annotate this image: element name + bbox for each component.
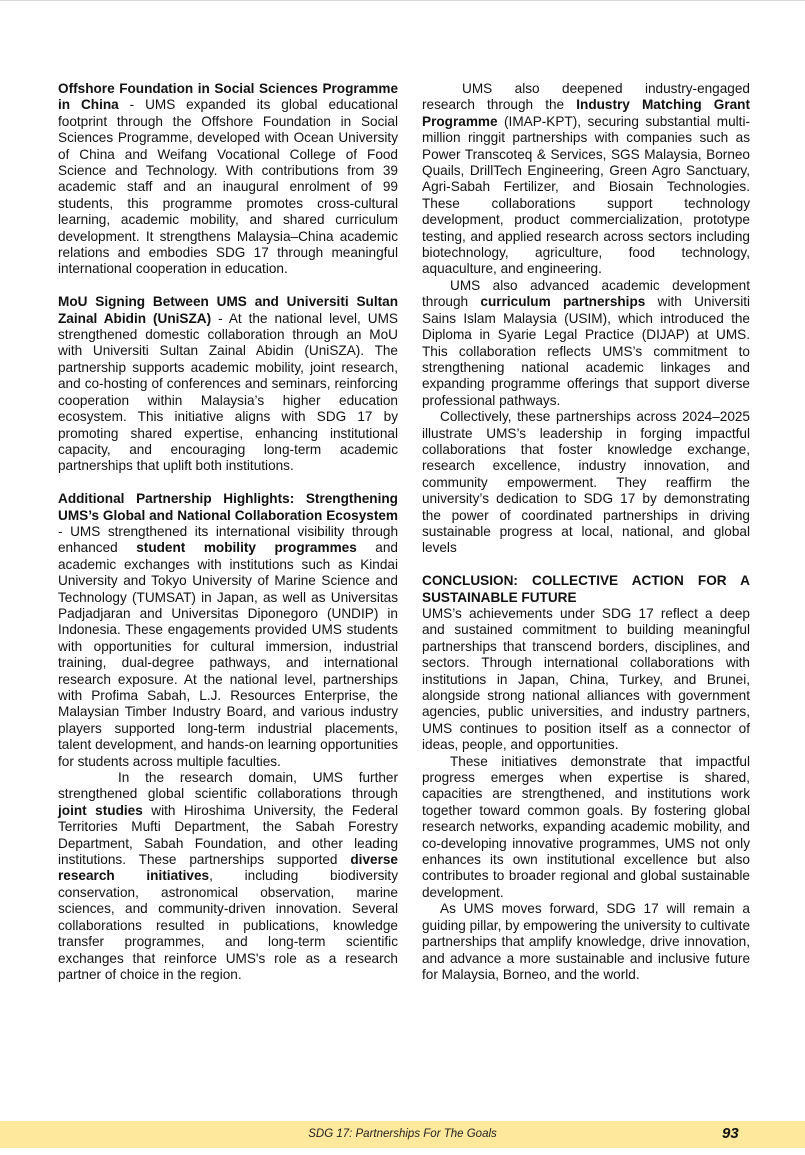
top-rule [0,0,805,1]
additional-title: Additional Partnership Highlights: Stren… [58,491,398,522]
offshore-body: - UMS expanded its global educational fo… [58,97,398,276]
collectively-paragraph: Collectively, these partnerships across … [422,409,750,557]
industry-paragraph: UMS also deepened industry-engaged resea… [422,81,750,278]
offshore-paragraph: Offshore Foundation in Social Sciences P… [58,81,398,278]
research-bold-1: joint studies [58,803,143,818]
curriculum-body-2: with Universiti Sains Islam Malaysia (US… [422,294,750,407]
curriculum-bold-1: curriculum partnerships [480,294,645,309]
conclusion-heading: CONCLUSION: COLLECTIVE ACTION FOR A SUST… [422,573,750,606]
conclusion-paragraph-1: UMS’s achievements under SDG 17 reflect … [422,606,750,754]
additional-body-2: and academic exchanges with institutions… [58,540,398,768]
curriculum-paragraph: UMS also advanced academic development t… [422,278,750,409]
left-column: Offshore Foundation in Social Sciences P… [58,81,398,983]
conclusion-paragraph-3: As UMS moves forward, SDG 17 will remain… [422,901,750,983]
research-body-1: In the research domain, UMS further stre… [58,770,398,801]
additional-paragraph: Additional Partnership Highlights: Stren… [58,491,398,770]
research-body-3: , including biodiversity conservation, a… [58,868,398,981]
page-number: 93 [722,1125,739,1142]
industry-body-2: (IMAP-KPT), securing substantial multi-m… [422,114,750,277]
right-column: UMS also deepened industry-engaged resea… [422,81,750,983]
mou-paragraph: MoU Signing Between UMS and Universiti S… [58,294,398,474]
footer-title: SDG 17: Partnerships For The Goals [0,1128,805,1140]
mou-body: - At the national level, UMS strengthene… [58,311,398,474]
footer-band: SDG 17: Partnerships For The Goals 93 [0,1121,805,1148]
research-paragraph: In the research domain, UMS further stre… [58,770,398,983]
conclusion-paragraph-2: These initiatives demonstrate that impac… [422,754,750,902]
additional-bold-1: student mobility programmes [136,540,357,555]
